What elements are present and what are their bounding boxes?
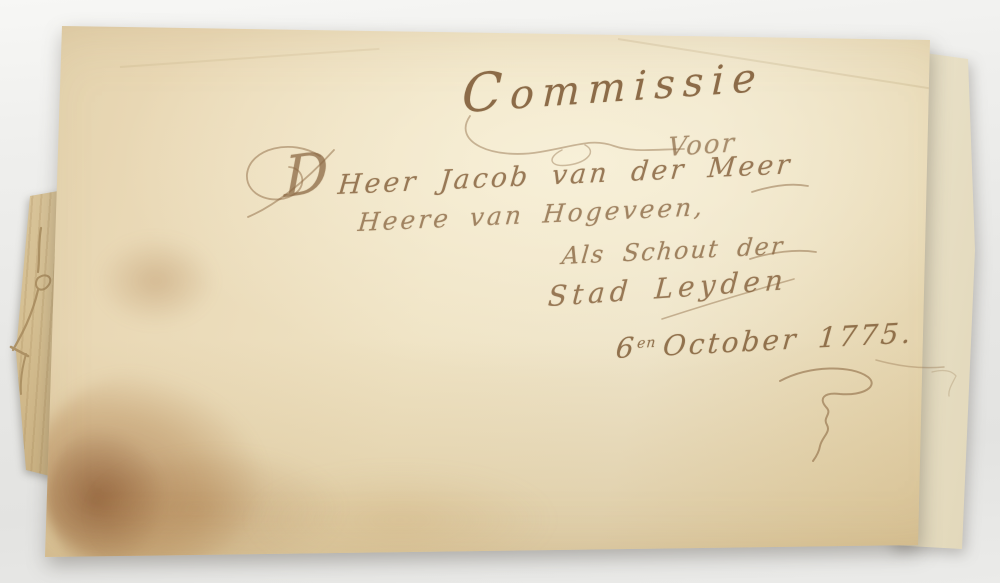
line-date: 6enOctober 1775. [615, 316, 915, 365]
line-addressee: Heer Jacob van der Meer [337, 149, 794, 201]
date-day: 6 [615, 331, 639, 365]
photo-background: Commissie Voor D Heer Jacob van der Meer… [0, 0, 1000, 583]
date-superscript: en [636, 335, 657, 352]
line-city: Stad Leyden [547, 263, 789, 313]
line-office: Als Schout der [561, 232, 786, 270]
title-commissie: Commissie [461, 43, 765, 125]
initial-d: D [284, 139, 328, 211]
date-month-year: October 1775. [662, 316, 915, 362]
handwriting-layer: Commissie Voor D Heer Jacob van der Meer… [0, 0, 1000, 583]
line-addressee-title: Heere van Hogeveen, [357, 192, 707, 237]
